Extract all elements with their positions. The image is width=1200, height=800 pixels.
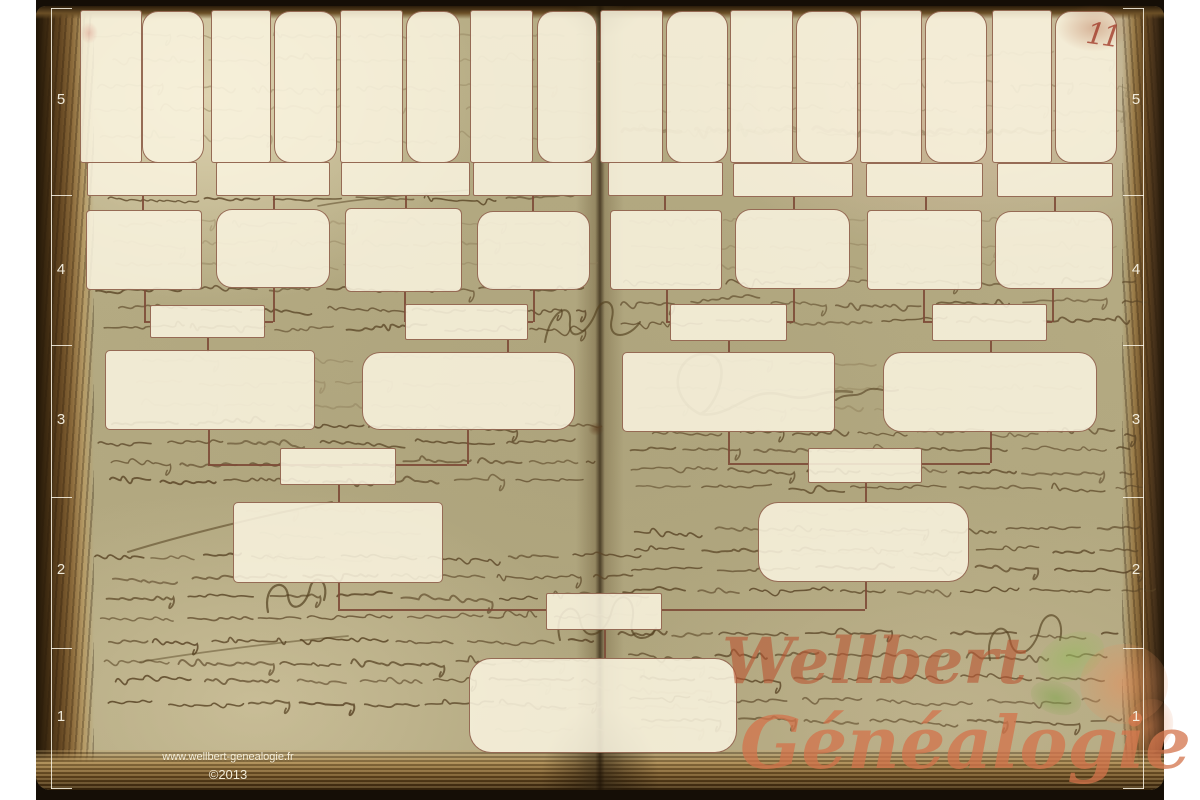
right-ruler-line [1143,8,1144,789]
ink-stain [588,422,604,436]
ruler-tick [51,788,72,789]
overlay-box [87,162,197,196]
ruler-tick [1123,497,1144,498]
right-ruler-label-3: 3 [1128,412,1144,428]
overlay-box [405,304,528,340]
overlay-box [997,163,1113,197]
overlay-box [86,210,202,290]
overlay-box [142,11,204,163]
overlay-box [274,11,337,163]
ruler-tick [1123,648,1144,649]
overlay-box [105,350,315,430]
overlay-box [666,11,728,163]
ruler-tick [51,648,72,649]
right-ruler-label-5: 5 [1128,92,1144,108]
overlay-box [341,162,470,196]
overlay-box [406,11,460,163]
ruler-tick [51,195,72,196]
ruler-tick [51,345,72,346]
overlay-box [992,10,1052,163]
overlay-box [733,163,853,197]
overlay-box [932,304,1047,341]
ruler-tick [51,8,72,9]
overlay-box [150,305,265,338]
overlay-box [867,210,982,290]
overlay-box [925,11,987,163]
overlay-box [995,211,1113,289]
overlay-box [469,658,737,753]
overlay-box [362,352,575,430]
overlay-box [470,10,533,163]
overlay-box [345,208,462,292]
ruler-tick [1123,788,1144,789]
overlay-box [216,162,330,196]
overlay-box [866,163,983,197]
overlay-box [537,11,597,163]
overlay-box [280,448,396,485]
overlay-box [546,593,662,630]
ink-stain [80,22,98,44]
watermark-text-line1: Wellbert [722,624,1027,699]
overlay-box [622,352,835,432]
ruler-tick [51,497,72,498]
left-ruler-label-4: 4 [53,262,69,278]
folio-number: 11 [1084,16,1121,55]
left-ruler-line [51,8,52,789]
overlay-box [610,210,722,290]
left-ruler-label-2: 2 [53,562,69,578]
right-ruler-label-4: 4 [1128,262,1144,278]
right-ruler-label-1: 1 [1128,709,1144,725]
overlay-box [216,209,330,288]
overlay-box [670,304,787,341]
overlay-box [211,10,271,163]
ruler-tick [1123,195,1144,196]
overlay-box [473,162,592,196]
manuscript-scan: 11 Wellbert Généalogie 5 4 3 2 1 5 4 3 2… [0,0,1200,800]
overlay-box [477,211,590,290]
copyright-notice: ©2013 [137,767,319,782]
overlay-box [758,502,969,582]
left-ruler-label-3: 3 [53,412,69,428]
left-ruler-label-1: 1 [53,709,69,725]
ruler-tick [1123,8,1144,9]
overlay-box [883,352,1097,432]
overlay-box [735,209,850,289]
overlay-box [608,162,723,196]
overlay-box [600,10,663,163]
overlay-box [340,10,403,163]
overlay-box [730,10,793,163]
left-ruler-label-5: 5 [53,92,69,108]
website-url: www.wellbert-genealogie.fr [137,751,319,763]
overlay-box [796,11,858,163]
overlay-box [233,502,443,583]
ruler-tick [1123,345,1144,346]
right-ruler-label-2: 2 [1128,562,1144,578]
overlay-box [808,448,922,483]
overlay-box [860,10,922,163]
